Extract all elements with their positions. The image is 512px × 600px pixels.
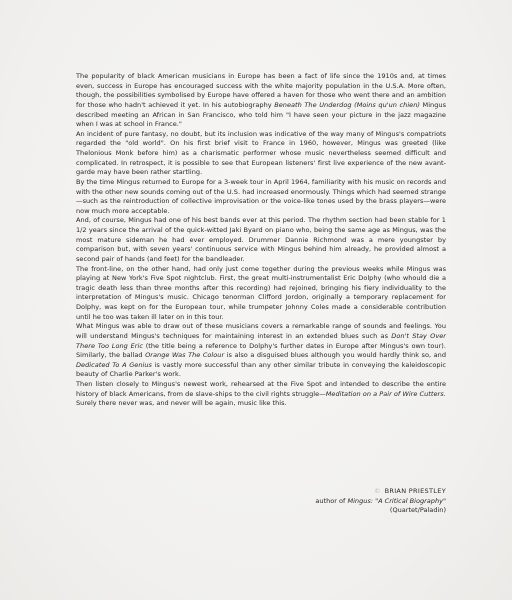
- author-name: BRIAN PRIESTLEY: [385, 487, 446, 495]
- italic-title: Orange Was The Colour: [145, 351, 224, 359]
- copyright-icon: ©: [374, 487, 381, 495]
- italic-title: Dedicated To A Genius: [76, 361, 152, 369]
- book-title: "A Critical Biography": [375, 497, 446, 505]
- book-line: author of Mingus: "A Critical Biography": [315, 497, 446, 507]
- publisher: (Quartet/Paladin): [315, 506, 446, 516]
- liner-paragraph: The front-line, on the other hand, had o…: [76, 265, 446, 323]
- liner-notes-body: The popularity of black American musicia…: [76, 72, 446, 409]
- liner-paragraph: By the time Mingus returned to Europe fo…: [76, 178, 446, 217]
- book-subject: Mingus:: [347, 497, 375, 505]
- italic-title: Beneath The Underdog (Moins qu'un chien): [274, 101, 420, 109]
- liner-paragraph: Then listen closely to Mingus's newest w…: [76, 380, 446, 399]
- author-prefix: author of: [315, 497, 347, 505]
- author-line: ©BRIAN PRIESTLEY: [315, 487, 446, 497]
- liner-paragraph: And, of course, Mingus had one of his be…: [76, 216, 446, 264]
- italic-title: Meditation on a Pair of Wire Cutters.: [326, 390, 446, 398]
- liner-paragraph: Surely there never was, and never will b…: [76, 399, 446, 409]
- author-credit: ©BRIAN PRIESTLEY author of Mingus: "A Cr…: [315, 487, 446, 516]
- liner-paragraph: What Mingus was able to draw out of thes…: [76, 322, 446, 380]
- liner-paragraph: The popularity of black American musicia…: [76, 72, 446, 130]
- liner-paragraph: An incident of pure fantasy, no doubt, b…: [76, 130, 446, 178]
- italic-title: Don't Stay Over There Too Long Eric: [76, 332, 446, 350]
